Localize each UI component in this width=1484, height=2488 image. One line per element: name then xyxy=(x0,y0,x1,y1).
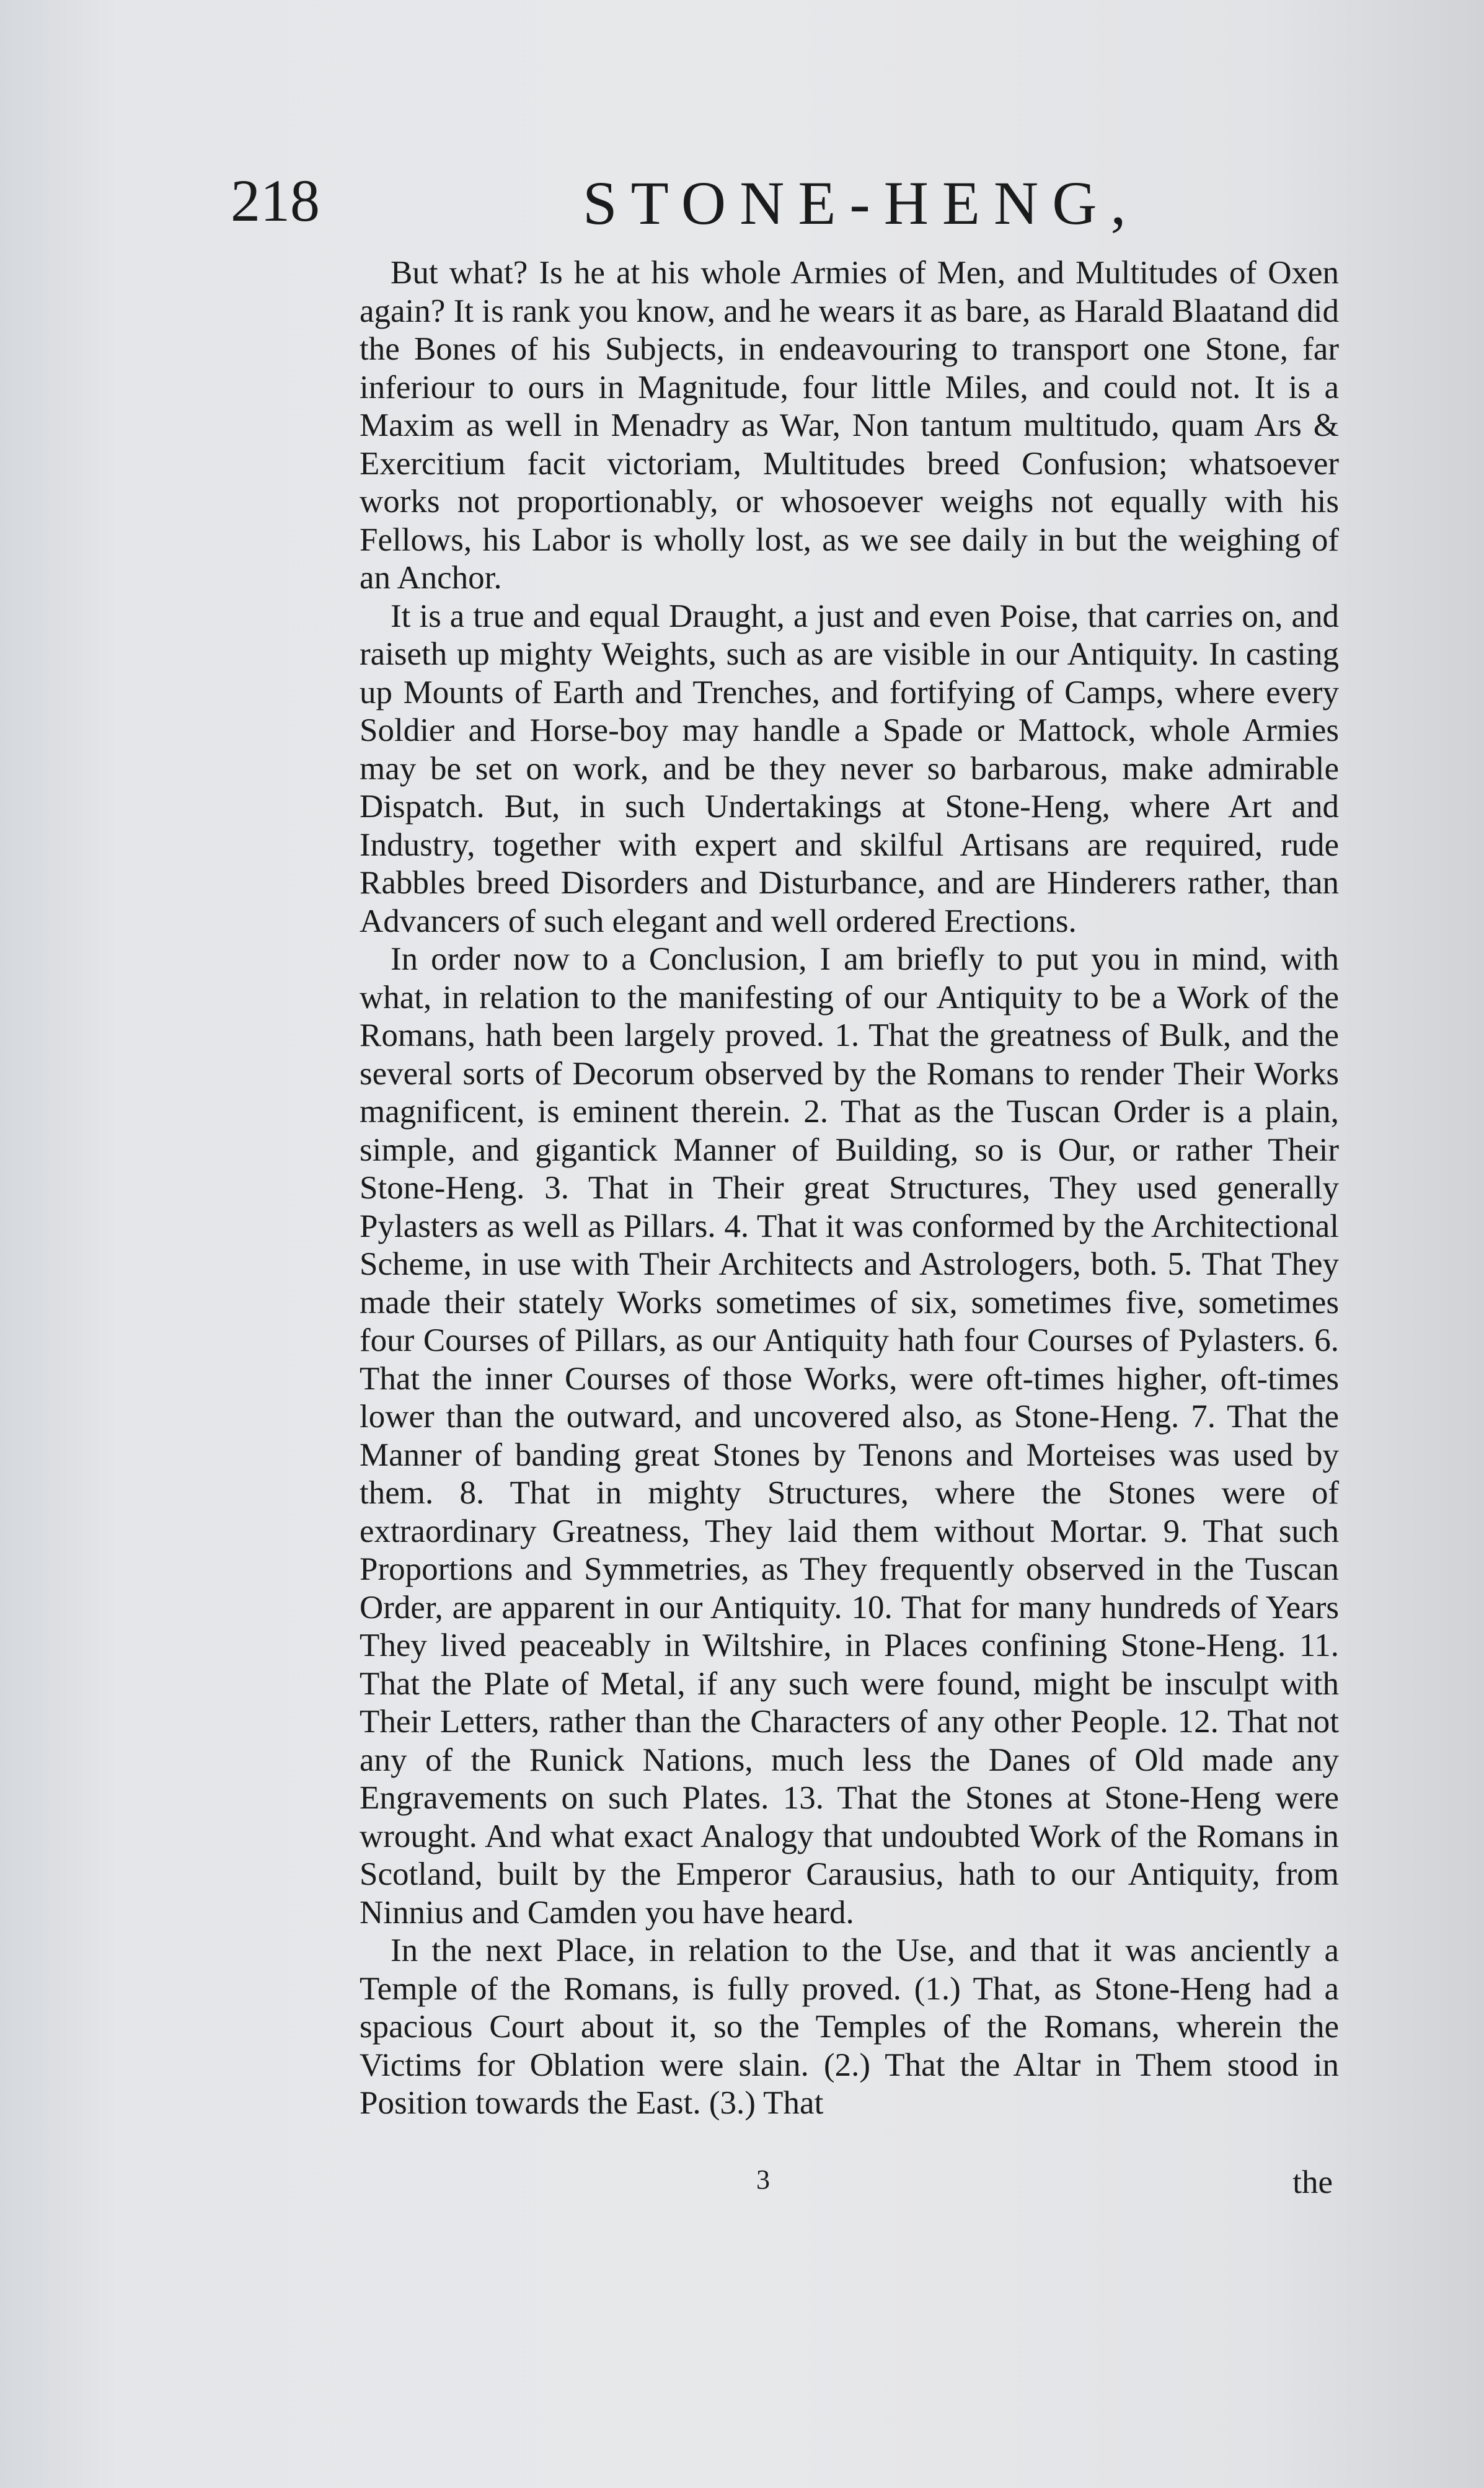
running-head: STONE-HENG, xyxy=(583,167,1139,239)
paragraph: It is a true and equal Draught, a just a… xyxy=(360,598,1339,941)
page-number: 218 xyxy=(231,166,320,235)
text-block: But what? Is he at his whole Armies of M… xyxy=(360,254,1339,2123)
paragraph: But what? Is he at his whole Armies of M… xyxy=(360,254,1339,598)
paragraph: In order now to a Conclusion, I am brief… xyxy=(360,941,1339,1932)
catchword: the xyxy=(1292,2164,1333,2201)
paragraph: In the next Place, in relation to the Us… xyxy=(360,1932,1339,2123)
signature-mark: 3 xyxy=(756,2164,770,2195)
